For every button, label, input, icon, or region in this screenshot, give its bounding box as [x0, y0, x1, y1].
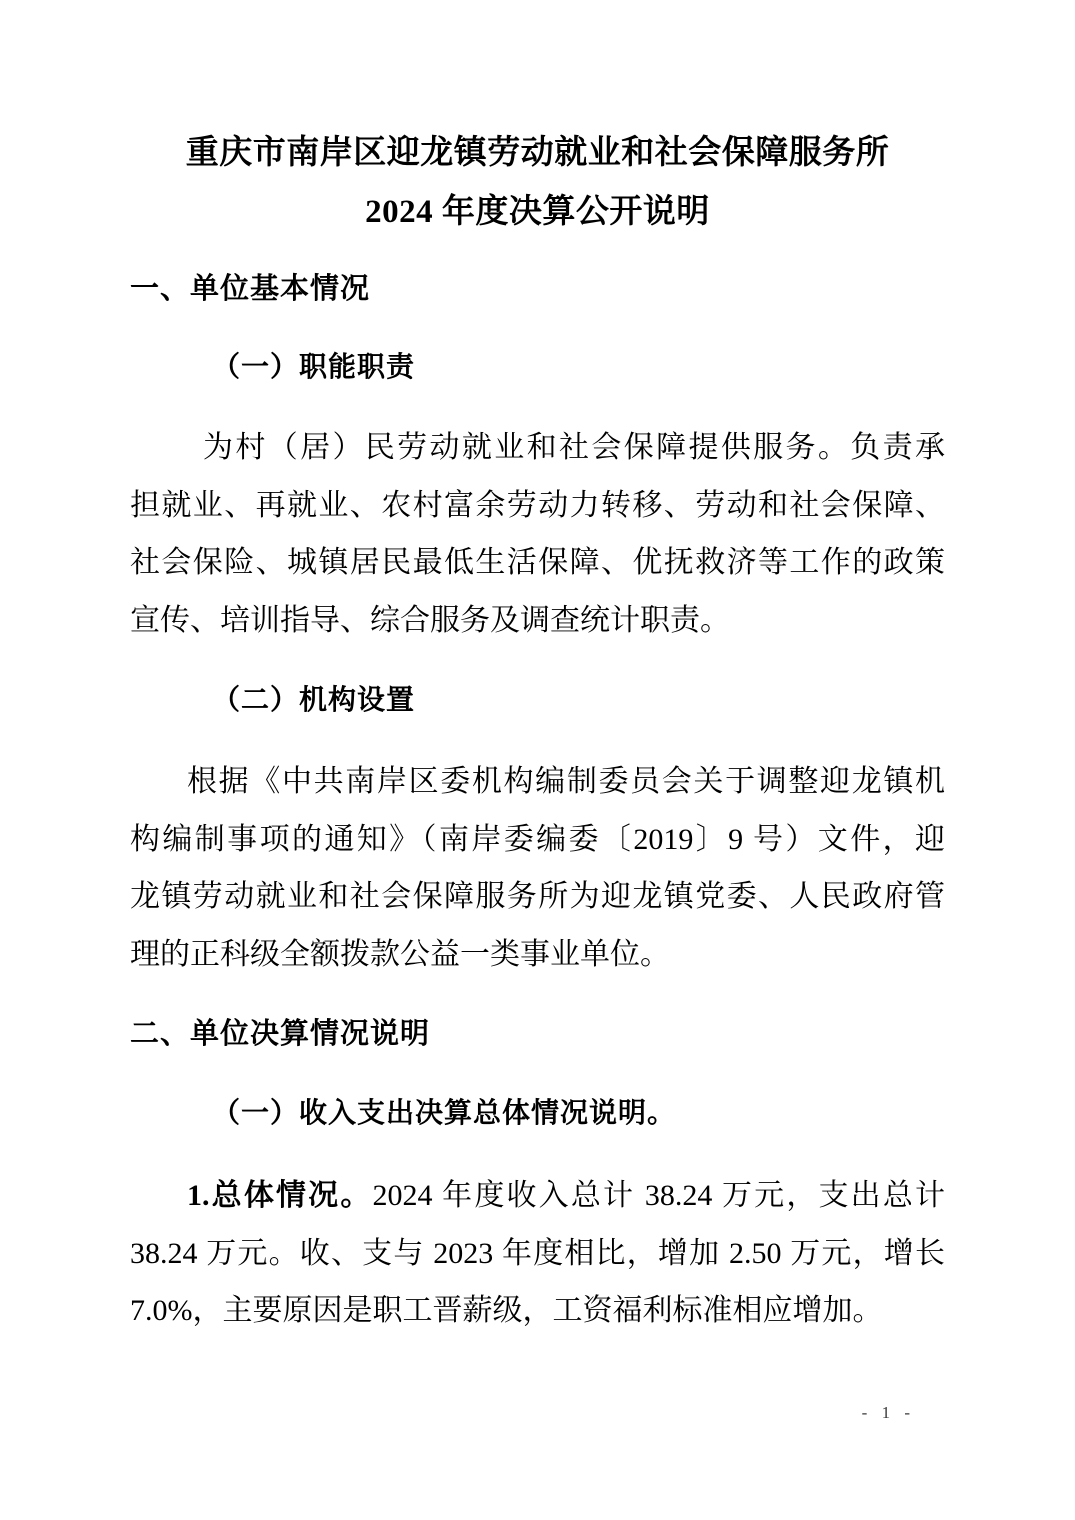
paragraph-line: 1.总体情况。2024 年度收入总计 38.24 万元，支出总计	[130, 1167, 945, 1225]
section1-heading: 一、单位基本情况	[130, 274, 945, 304]
document-page: 重庆市南岸区迎龙镇劳动就业和社会保障服务所 2024 年度决算公开说明 一、单位…	[0, 0, 1075, 1520]
paragraph-line: 龙镇劳动就业和社会保障服务所为迎龙镇党委、人民政府管	[130, 868, 945, 926]
paragraph-line: 为村（居）民劳动就业和社会保障提供服务。负责承	[130, 419, 945, 477]
paragraph-line: 担就业、再就业、农村富余劳动力转移、劳动和社会保障、	[130, 477, 945, 535]
paragraph-line-text: 2024 年度收入总计 38.24 万元，支出总计	[373, 1179, 946, 1212]
paragraph-line: 宣传、培训指导、综合服务及调查统计职责。	[130, 592, 945, 650]
functions-duties-paragraph: 为村（居）民劳动就业和社会保障提供服务。负责承 担就业、再就业、农村富余劳动力转…	[130, 419, 945, 649]
section2-sub1-heading: （一）收入支出决算总体情况说明。	[130, 1099, 945, 1128]
section1-sub1-heading: （一）职能职责	[130, 353, 945, 382]
document-title-line1: 重庆市南岸区迎龙镇劳动就业和社会保障服务所	[130, 124, 945, 183]
overall-situation-paragraph: 1.总体情况。2024 年度收入总计 38.24 万元，支出总计 38.24 万…	[130, 1167, 945, 1340]
paragraph-line: 根据《中共南岸区委机构编制委员会关于调整迎龙镇机	[130, 753, 945, 811]
paragraph-line: 38.24 万元。收、支与 2023 年度相比，增加 2.50 万元，增长	[130, 1225, 945, 1283]
paragraph-line: 7.0%，主要原因是职工晋薪级，工资福利标准相应增加。	[130, 1282, 945, 1340]
document-title: 重庆市南岸区迎龙镇劳动就业和社会保障服务所 2024 年度决算公开说明	[130, 124, 945, 242]
paragraph-line: 社会保险、城镇居民最低生活保障、优抚救济等工作的政策	[130, 534, 945, 592]
organization-setup-paragraph: 根据《中共南岸区委机构编制委员会关于调整迎龙镇机 构编制事项的通知》（南岸委编委…	[130, 753, 945, 983]
paragraph-lead-bold: 1.总体情况。	[187, 1179, 373, 1212]
paragraph-line: 构编制事项的通知》（南岸委编委〔2019〕9 号）文件，迎	[130, 811, 945, 869]
document-title-line2: 2024 年度决算公开说明	[130, 183, 945, 242]
section1-sub2-heading: （二）机构设置	[130, 686, 945, 715]
section2-heading: 二、单位决算情况说明	[130, 1019, 945, 1049]
page-number: - 1 -	[862, 1403, 915, 1423]
paragraph-line: 理的正科级全额拨款公益一类事业单位。	[130, 926, 945, 984]
